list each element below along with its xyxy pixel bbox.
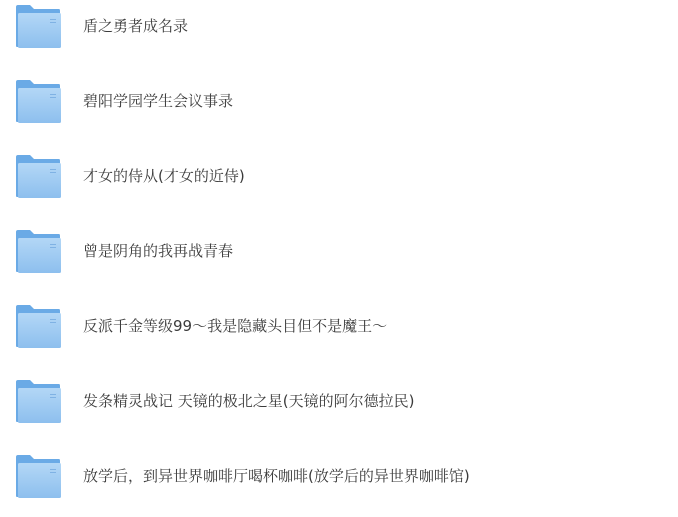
folder-name: 发条精灵战记 天镜的极北之星(天镜的阿尔德拉民) <box>83 371 414 431</box>
folder-name: 反派千金等级99～我是隐藏头目但不是魔王～ <box>83 296 387 356</box>
folder-item[interactable]: 发条精灵战记 天镜的极北之星(天镜的阿尔德拉民) <box>0 371 678 431</box>
folder-item[interactable]: 放学后，到异世界咖啡厅喝杯咖啡(放学后的异世界咖啡馆) <box>0 446 678 506</box>
folder-item[interactable]: 曾是阴角的我再战青春 <box>0 221 678 281</box>
folder-name: 碧阳学园学生会议事录 <box>83 71 233 131</box>
folder-name: 才女的侍从(才女的近侍) <box>83 146 245 206</box>
folder-icon <box>15 229 61 273</box>
folder-item[interactable]: 盾之勇者成名录 <box>0 0 678 56</box>
folder-name: 盾之勇者成名录 <box>83 0 188 56</box>
folder-icon <box>15 379 61 423</box>
folder-name: 曾是阴角的我再战青春 <box>83 221 233 281</box>
folder-icon <box>15 79 61 123</box>
folder-item[interactable]: 反派千金等级99～我是隐藏头目但不是魔王～ <box>0 296 678 356</box>
folder-item[interactable]: 碧阳学园学生会议事录 <box>0 71 678 131</box>
folder-icon <box>15 454 61 498</box>
folder-icon <box>15 4 61 48</box>
folder-name: 放学后，到异世界咖啡厅喝杯咖啡(放学后的异世界咖啡馆) <box>83 446 470 506</box>
folder-icon <box>15 154 61 198</box>
folder-icon <box>15 304 61 348</box>
folder-item[interactable]: 才女的侍从(才女的近侍) <box>0 146 678 206</box>
